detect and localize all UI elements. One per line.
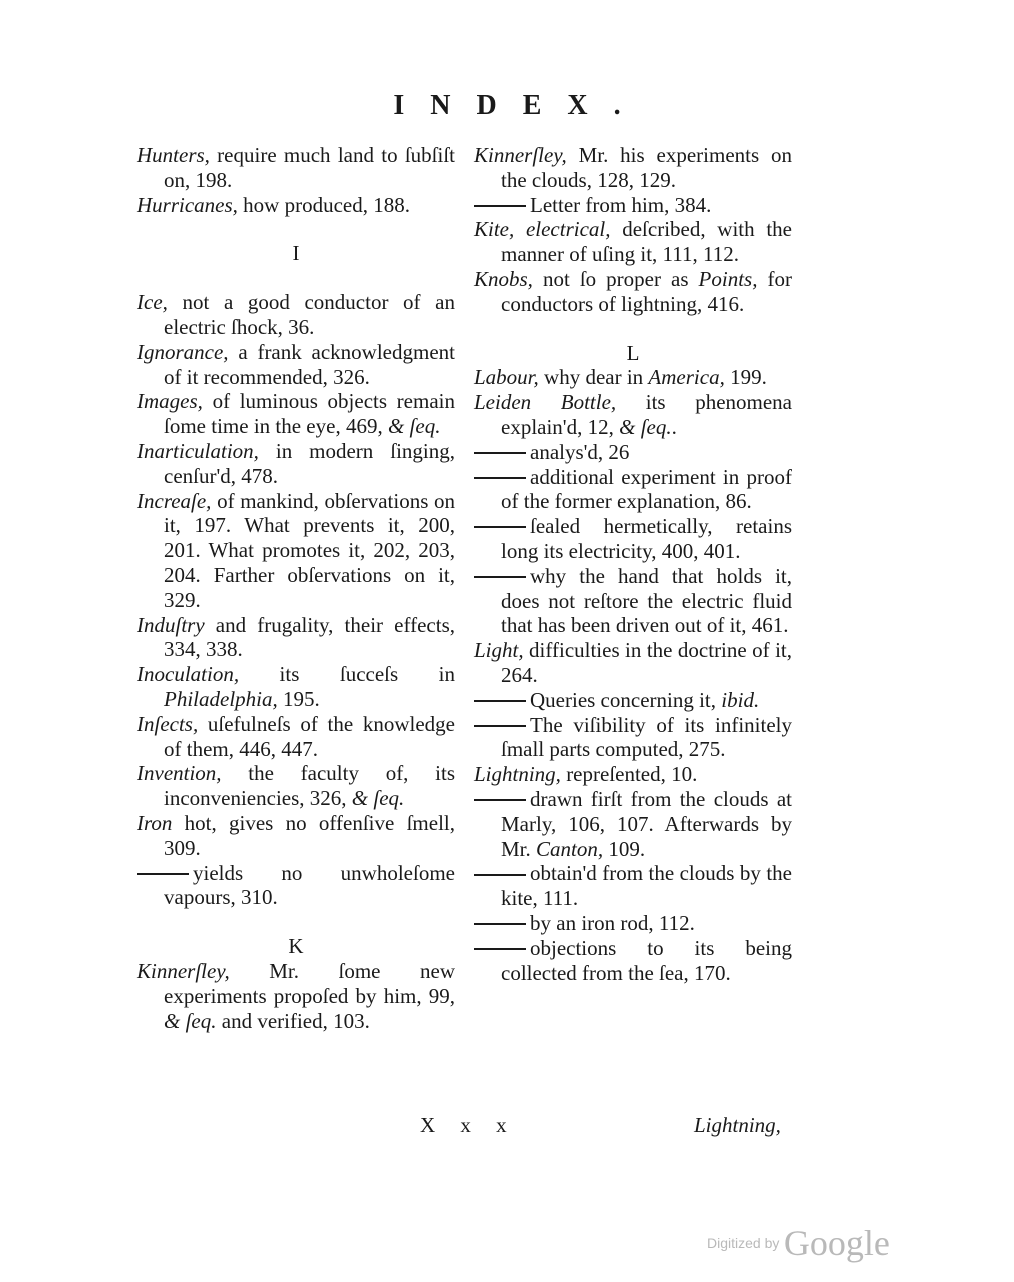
index-entry: Labour, why dear in America, 199.: [474, 365, 792, 390]
signature-mark: X x x: [420, 1113, 517, 1138]
index-entry: Knobs, not ſo proper as Points, for cond…: [474, 267, 792, 317]
index-subentry: Queries concerning it, ibid.: [474, 688, 792, 713]
index-subentry: by an iron rod, 112.: [474, 911, 792, 936]
index-entry: Light, difficulties in the doctrine of i…: [474, 638, 792, 688]
page-title: INDEX.: [0, 90, 1014, 122]
watermark-prefix: Digitized by: [707, 1235, 779, 1251]
index-entry: Induſtry and frugality, their effects, 3…: [137, 613, 455, 663]
section-letter: I: [137, 241, 455, 266]
index-entry: Iron hot, gives no offenſive ſmell, 309.: [137, 811, 455, 861]
index-subentry: ſealed hermetically, retains long its el…: [474, 514, 792, 564]
index-entry: Kite, electrical, deſcribed, with the ma…: [474, 217, 792, 267]
ditto-dash: [474, 452, 526, 454]
digitized-watermark: Digitized by Google: [707, 1222, 890, 1264]
ditto-dash: [474, 477, 526, 479]
ditto-dash: [474, 526, 526, 528]
ditto-dash: [474, 799, 526, 801]
ditto-dash: [474, 874, 526, 876]
index-entry: Ice, not a good conductor of an electric…: [137, 290, 455, 340]
ditto-dash: [474, 948, 526, 950]
index-subentry: analys'd, 26: [474, 440, 792, 465]
index-subentry: The viſibility of its infinitely ſmall p…: [474, 713, 792, 763]
section-letter: K: [137, 934, 455, 959]
index-column-left: Hunters, require much land to ſubſiſt on…: [137, 143, 455, 1033]
index-entry: Inoculation, its ſucceſs in Philadelphia…: [137, 662, 455, 712]
index-entry: Hunters, require much land to ſubſiſt on…: [137, 143, 455, 193]
ditto-dash: [474, 205, 526, 207]
ditto-dash: [474, 923, 526, 925]
index-entry: Inarticulation, in modern ſinging, cenſu…: [137, 439, 455, 489]
index-subentry: obtain'd from the clouds by the kite, 11…: [474, 861, 792, 911]
index-column-right: Kinnerſley, Mr. his experiments on the c…: [474, 143, 792, 985]
index-subentry: objections to its being collected from t…: [474, 936, 792, 986]
index-subentry: why the hand that holds it, does not reſ…: [474, 564, 792, 638]
index-entry: Hurricanes, how produced, 188.: [137, 193, 455, 218]
ditto-dash: [474, 576, 526, 578]
index-subentry: yields no unwholeſome vapours, 310.: [137, 861, 455, 911]
index-subentry: additional experiment in proof of the fo…: [474, 465, 792, 515]
index-entry: Images, of luminous objects remain ſome …: [137, 389, 455, 439]
index-entry: Inſects, uſefulneſs of the knowledge of …: [137, 712, 455, 762]
ditto-dash: [474, 700, 526, 702]
index-entry: Kinnerſley, Mr. ſome new experiments pro…: [137, 959, 455, 1033]
index-subentry: Letter from him, 384.: [474, 193, 792, 218]
index-entry: Invention, the faculty of, its inconveni…: [137, 761, 455, 811]
ditto-dash: [137, 873, 189, 875]
index-entry: Kinnerſley, Mr. his experiments on the c…: [474, 143, 792, 193]
ditto-dash: [474, 725, 526, 727]
catchword: Lightning,: [694, 1113, 781, 1138]
index-entry: Lightning, repreſented, 10.: [474, 762, 792, 787]
index-subentry: drawn firſt from the clouds at Marly, 10…: [474, 787, 792, 861]
google-logo: Google: [784, 1223, 890, 1263]
section-letter: L: [474, 341, 792, 366]
index-entry: Leiden Bottle, its phenomena explain'd, …: [474, 390, 792, 440]
index-entry: Ignorance, a frank acknowledgment of it …: [137, 340, 455, 390]
index-entry: Increaſe, of mankind, obſervations on it…: [137, 489, 455, 613]
